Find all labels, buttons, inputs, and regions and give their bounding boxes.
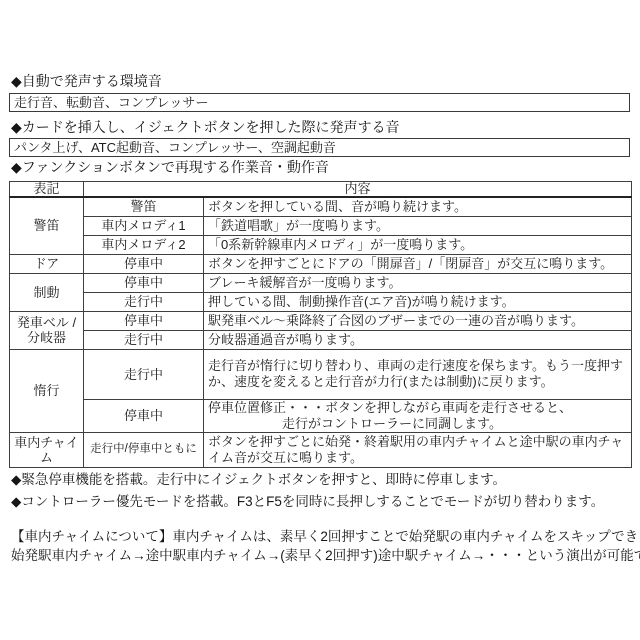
group-label-door: ドア xyxy=(10,254,84,273)
table-row: 車内チャイム 走行中/停車中ともに ボタンを押すごとに始発・終着駅用の車内チャイ… xyxy=(10,432,632,467)
condition-cell: 停車中 xyxy=(84,399,204,432)
description-cell: ボタンを押すごとに始発・終着駅用の車内チャイムと途中駅の車内チャイム音が交互に鳴… xyxy=(204,432,632,467)
table-row: 警笛 警笛 ボタンを押している間、音が鳴り続けます。 xyxy=(10,197,632,216)
table-header-notation: 表記 xyxy=(10,182,84,198)
table-header-row: 表記 内容 xyxy=(10,182,632,198)
table-row: 停車中 停車位置修正・・・ボタンを押しながら車両を走行させると、 走行がコントロ… xyxy=(10,399,632,432)
table-row: ドア 停車中 ボタンを押すごとにドアの「開扉音」/「閉扉音」が交互に鳴ります。 xyxy=(10,254,632,273)
section-heading-eject-sounds: ◆カードを挿入し、イジェクトボタンを押した際に発声する音 xyxy=(11,119,400,135)
group-label-horn: 警笛 xyxy=(10,197,84,254)
condition-cell: 停車中 xyxy=(84,273,204,292)
eject-sounds-box: パンタ上げ、ATC起動音、コンプレッサー、空調起動音 xyxy=(9,138,630,157)
table-row: 走行中 分岐器通過音が鳴ります。 xyxy=(10,330,632,349)
condition-cell: 警笛 xyxy=(84,197,204,216)
footnote-emergency-stop: ◆緊急停車機能を搭載。走行中にイジェクトボタンを押すと、即時に停車します。 xyxy=(11,472,506,488)
description-line1: 停車位置修正・・・ボタンを押しながら車両を走行させると、 xyxy=(208,400,627,416)
group-label-brake: 制動 xyxy=(10,273,84,311)
description-cell: ボタンを押すごとにドアの「開扉音」/「閉扉音」が交互に鳴ります。 xyxy=(204,254,632,273)
condition-cell: 走行中 xyxy=(84,330,204,349)
table-header-content: 内容 xyxy=(84,182,632,198)
manual-page: ◆自動で発声する環境音 走行音、転動音、コンプレッサー ◆カードを挿入し、イジェ… xyxy=(0,0,640,640)
condition-cell: 走行中 xyxy=(84,292,204,311)
table-row: 車内メロディ1 「鉄道唱歌」が一度鳴ります。 xyxy=(10,216,632,235)
table-row: 制動 停車中 ブレーキ緩解音が一度鳴ります。 xyxy=(10,273,632,292)
chime-note-paragraph: 【車内チャイムについて】車内チャイムは、素早く2回押すことで始発駅の車内チャイム… xyxy=(11,527,635,565)
environment-sounds-box: 走行音、転動音、コンプレッサー xyxy=(9,93,630,112)
condition-cell: 車内メロディ2 xyxy=(84,235,204,254)
chime-note-line2: 始発駅車内チャイム→途中駅車内チャイム→(素早く2回押す)途中駅チャイム→・・・… xyxy=(11,546,635,565)
table-row: 車内メロディ2 「0系新幹線車内メロディ」が一度鳴ります。 xyxy=(10,235,632,254)
group-label-car-chime: 車内チャイム xyxy=(10,432,84,467)
table-row: 惰行 走行中 走行音が惰行に切り替わり、車両の走行速度を保ちます。もう一度押すか… xyxy=(10,349,632,399)
table-row: 走行中 押している間、制動操作音(エア音)が鳴り続けます。 xyxy=(10,292,632,311)
description-cell: 「鉄道唱歌」が一度鳴ります。 xyxy=(204,216,632,235)
description-line2: 走行がコントローラーに同調します。 xyxy=(208,416,627,432)
section-heading-environment-sounds: ◆自動で発声する環境音 xyxy=(11,73,162,89)
condition-cell: 走行中 xyxy=(84,349,204,399)
footnote-controller-priority-mode: ◆コントローラー優先モードを搭載。F3とF5を同時に長押しすることでモードが切り… xyxy=(11,494,604,510)
description-cell: 走行音が惰行に切り替わり、車両の走行速度を保ちます。もう一度押すか、速度を変える… xyxy=(204,349,632,399)
function-sound-table: 表記 内容 警笛 警笛 ボタンを押している間、音が鳴り続けます。 車内メロディ1… xyxy=(9,181,632,468)
condition-cell: 走行中/停車中ともに xyxy=(84,432,204,467)
condition-cell: 車内メロディ1 xyxy=(84,216,204,235)
condition-cell: 停車中 xyxy=(84,311,204,330)
group-label-departure-bell: 発車ベル /分岐器 xyxy=(10,311,84,349)
condition-cell: 停車中 xyxy=(84,254,204,273)
description-cell: ボタンを押している間、音が鳴り続けます。 xyxy=(204,197,632,216)
description-cell: 「0系新幹線車内メロディ」が一度鳴ります。 xyxy=(204,235,632,254)
description-cell: 駅発車ベル～乗降終了合図のブザーまでの一連の音が鳴ります。 xyxy=(204,311,632,330)
group-label-coasting: 惰行 xyxy=(10,349,84,432)
table-row: 発車ベル /分岐器 停車中 駅発車ベル～乗降終了合図のブザーまでの一連の音が鳴り… xyxy=(10,311,632,330)
description-cell: 押している間、制動操作音(エア音)が鳴り続けます。 xyxy=(204,292,632,311)
description-cell: 分岐器通過音が鳴ります。 xyxy=(204,330,632,349)
chime-note-line1: 【車内チャイムについて】車内チャイムは、素早く2回押すことで始発駅の車内チャイム… xyxy=(11,527,635,546)
section-heading-function-button-sounds: ◆ファンクションボタンで再現する作業音・動作音 xyxy=(11,159,329,175)
description-cell: ブレーキ緩解音が一度鳴ります。 xyxy=(204,273,632,292)
description-cell: 停車位置修正・・・ボタンを押しながら車両を走行させると、 走行がコントローラーに… xyxy=(204,399,632,432)
